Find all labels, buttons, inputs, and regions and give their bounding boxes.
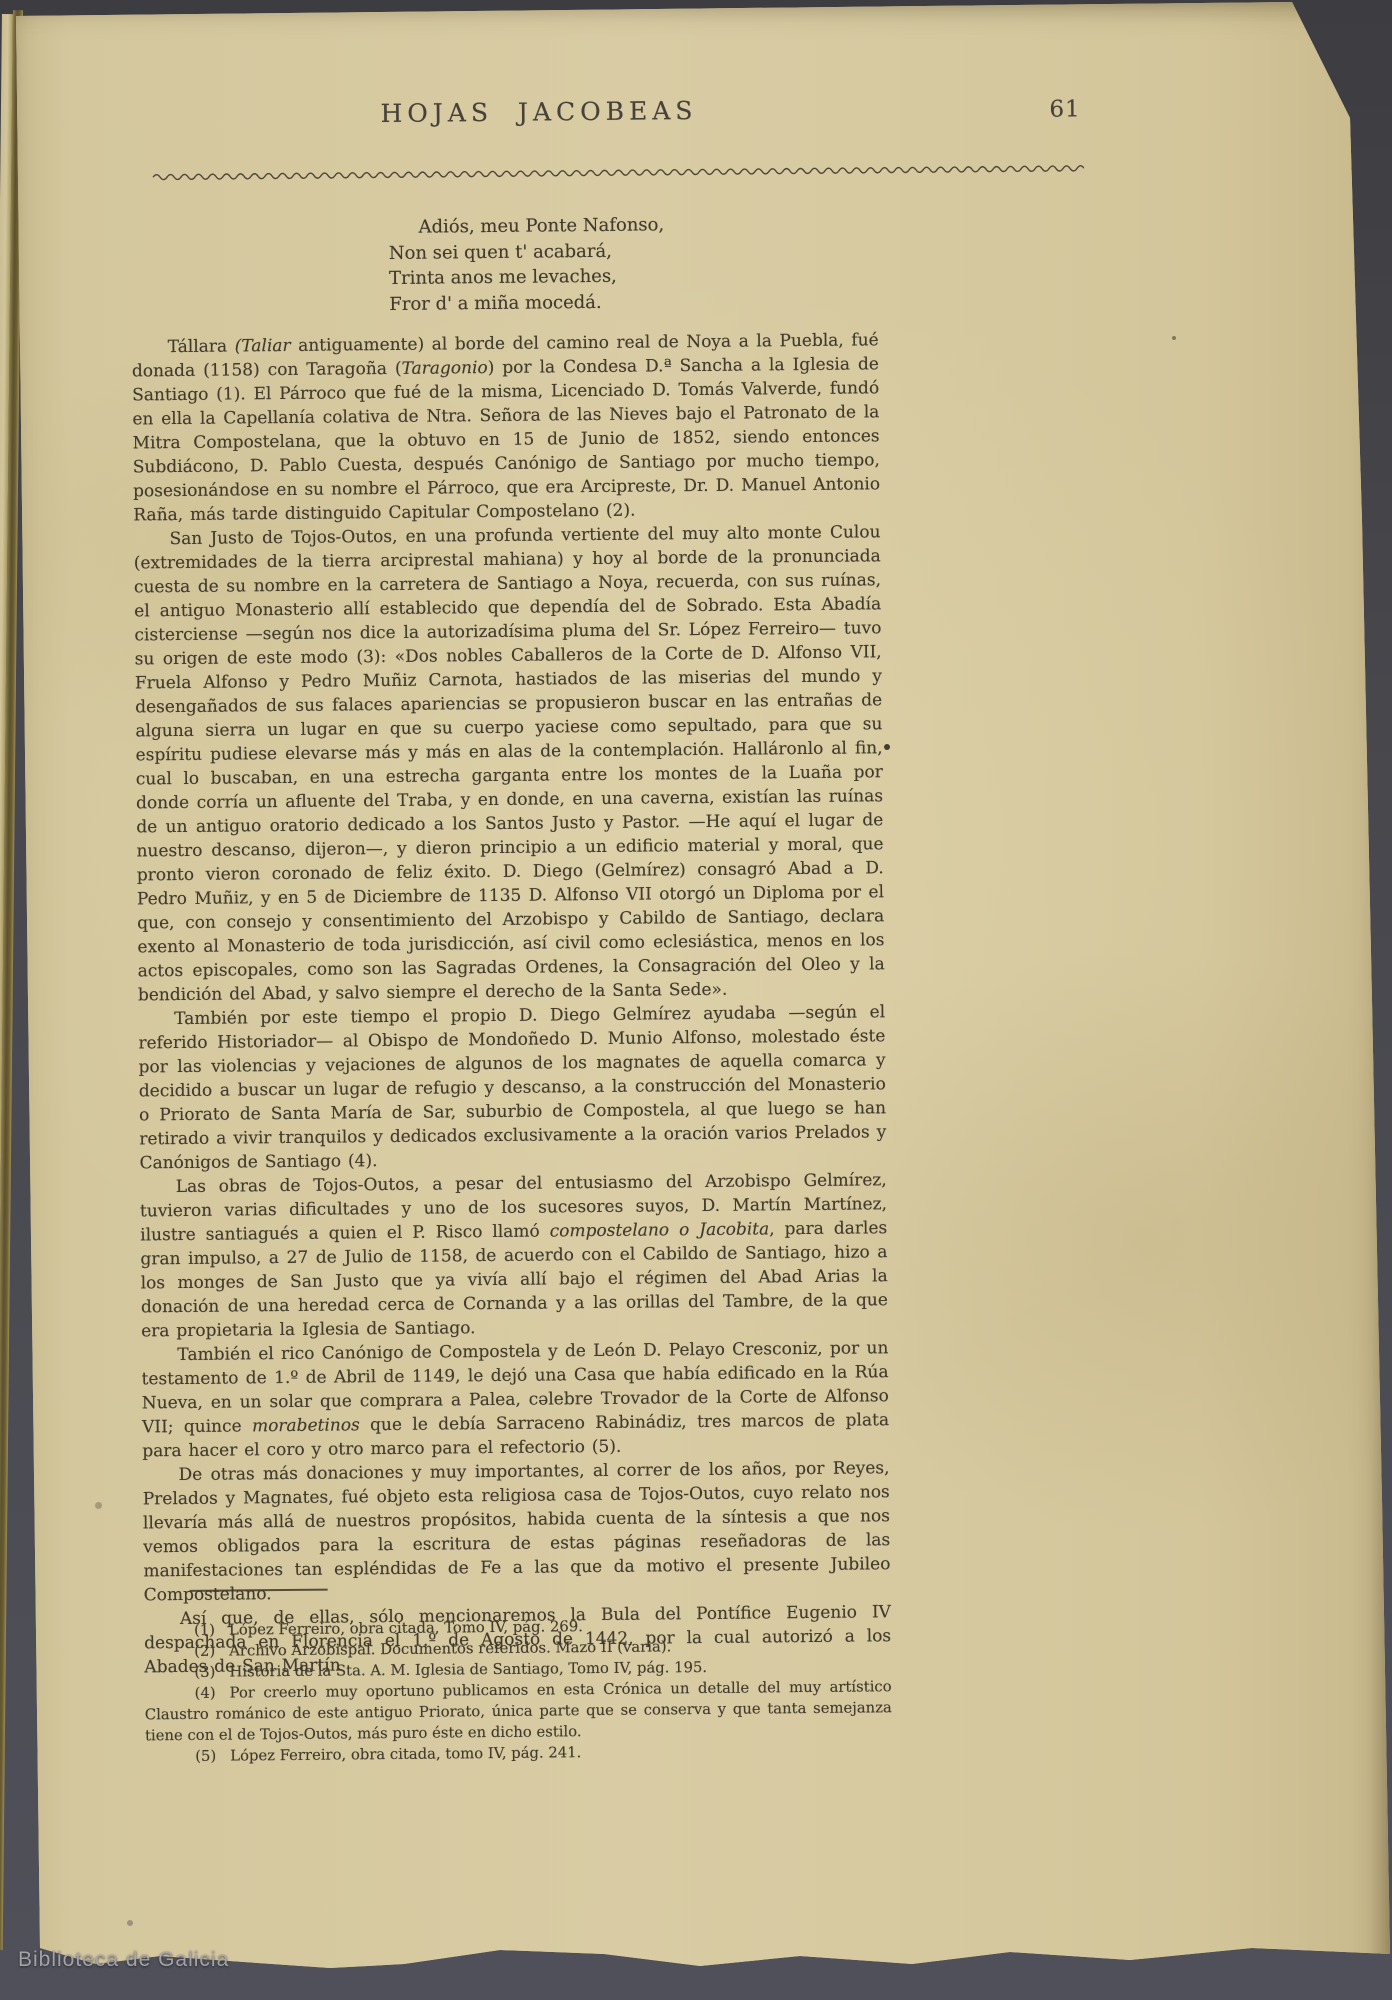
footnote-text: López Ferreiro, obra citada, Tomo IV, pá… [229,1618,583,1638]
footnote-number: (1) [194,1622,215,1639]
footnote-number: (3) [194,1664,215,1681]
paragraph-3: También por este tiempo el propio D. Die… [138,1000,887,1175]
paragraph-5: También el rico Canónigo de Compostela y… [141,1336,889,1463]
footnote-text: Archivo Arzobispal. Documentos referidos… [229,1638,671,1659]
wavy-rule-path [153,166,1084,180]
footnote-text: Por creerlo muy oportuno publicamos en e… [145,1678,892,1744]
page-number: 61 [1049,96,1081,122]
footnote-text: López Ferreiro, obra citada, tomo IV, pá… [230,1744,581,1764]
poem-line: Adiós, meu Ponte Nafonso, [388,212,728,241]
footnote-divider-rule [190,1589,328,1592]
ink-speck [884,744,890,750]
paragraph-1: Tállara (Taliar antiguamente) al borde d… [132,328,881,527]
library-watermark: Biblioteca de Galicia [18,1948,229,1972]
wavy-rule-decoration [152,162,1084,183]
paragraph-4: Las obras de Tojos-Outos, a pesar del en… [140,1168,889,1343]
book-page: HOJAS JACOBEAS 61 Adiós, meu Ponte Nafon… [0,0,1392,2000]
poem-line: Non sei quen t' acabará, [389,237,729,266]
paragraph-2: San Justo de Tojos-Outos, en una profund… [133,520,885,1007]
footnote-4: (4)Por creerlo muy oportuno publicamos e… [145,1676,893,1746]
poem-line: Trinta anos me levaches, [389,263,729,292]
footnote-number: (5) [195,1748,216,1765]
footnotes-block: (1)López Ferreiro, obra citada, Tomo IV,… [144,1583,893,1767]
paper-smudge [95,1502,102,1509]
footnote-number: (2) [194,1643,215,1660]
body-text-column: Tállara (Taliar antiguamente) al borde d… [132,328,892,1679]
footnote-text: Historia de la Sta. A. M. Iglesia de San… [229,1659,707,1681]
footnote-number: (4) [195,1685,216,1702]
page-title: HOJAS JACOBEAS [380,96,697,128]
ink-speck [1172,336,1176,340]
paper-speck [127,1920,133,1926]
printed-content: HOJAS JACOBEAS 61 Adiós, meu Ponte Nafon… [0,0,1392,2000]
poem-line: Fror d' a miña mocedá. [389,288,729,317]
poem-quote: Adiós, meu Ponte Nafonso, Non sei quen t… [388,212,729,317]
running-header: HOJAS JACOBEAS [129,94,876,130]
